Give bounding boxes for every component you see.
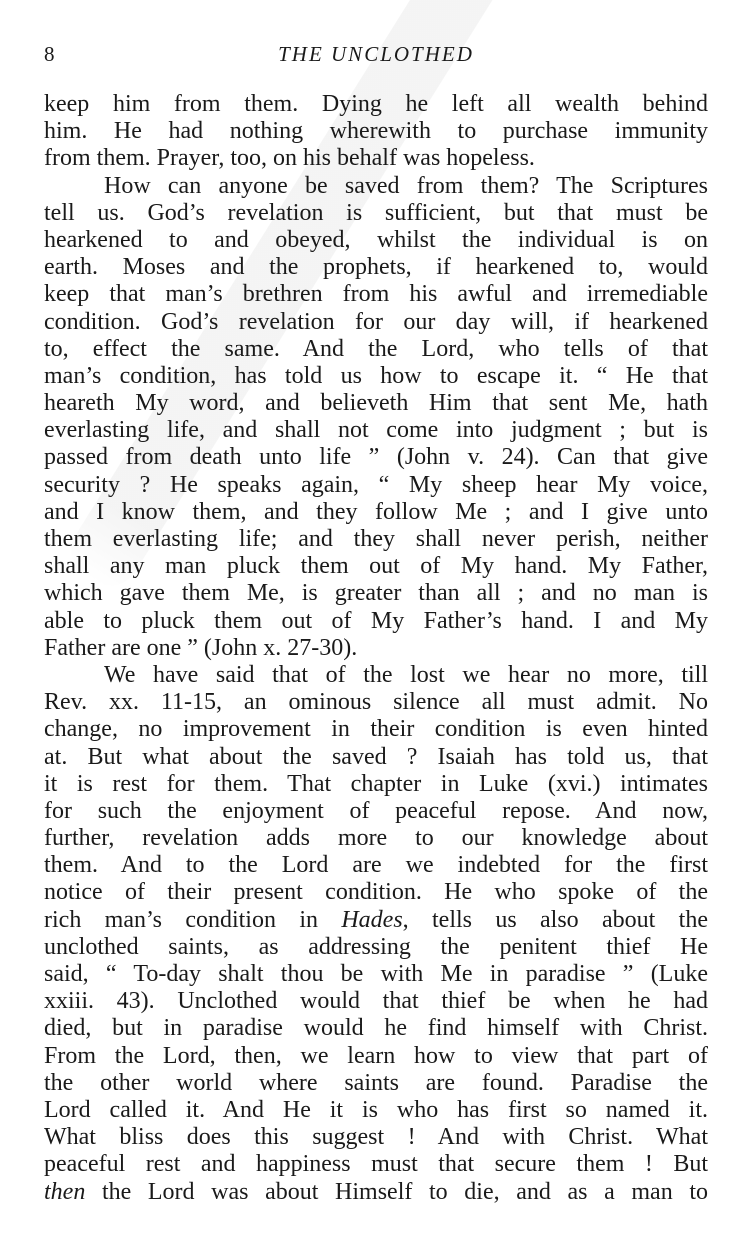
text-line: died, but in paradise would he find hims… [44,1015,708,1042]
text-line: said, “ To-day shalt thou be with Me in … [44,961,708,988]
text-line: them. And to the Lord are we indebted fo… [44,852,708,879]
text-line: them everlasting life; and they shall ne… [44,526,708,553]
text-line: How can anyone be saved from them? The S… [44,173,708,200]
book-page: 8 THE UNCLOTHED keep him from them. Dyin… [44,0,708,1206]
text-line: keep him from them. Dying he left all we… [44,91,708,118]
running-title: THE UNCLOTHED [44,40,708,68]
body-text: keep him from them. Dying he left all we… [44,91,708,1206]
text-line: him. He had nothing wherewith to purchas… [44,118,708,145]
text-line: heareth My word, and believeth Him that … [44,390,708,417]
text-line: Father are one ” (John x. 27-30). [44,635,708,662]
text-line: Rev. xx. 11-15, an ominous silence all m… [44,689,708,716]
text-line: everlasting life, and shall not come int… [44,417,708,444]
text-line: man’s condition, has told us how to esca… [44,363,708,390]
text-line: hearkened to and obeyed, whilst the indi… [44,227,708,254]
text-line: passed from death unto life ” (John v. 2… [44,444,708,471]
running-head: 8 THE UNCLOTHED [44,40,708,68]
text-line: Lord called it. And He it is who has fir… [44,1097,708,1124]
text-line: xxiii. 43). Unclothed would that thief b… [44,988,708,1015]
text-line: for such the enjoyment of peaceful repos… [44,798,708,825]
text-line: the other world where saints are found. … [44,1070,708,1097]
text-line: rich man’s condition in Hades, tells us … [44,907,708,934]
text-line: and I know them, and they follow Me ; an… [44,499,708,526]
text-segment: , tells us also about the [403,907,708,933]
text-line: From the Lord, then, we learn how to vie… [44,1043,708,1070]
text-line: earth. Moses and the prophets, if hearke… [44,254,708,281]
text-line: condition. God’s revelation for our day … [44,309,708,336]
text-line: notice of their present condition. He wh… [44,879,708,906]
text-line: from them. Prayer, too, on his behalf wa… [44,145,708,172]
text-line: unclothed saints, as addressing the peni… [44,934,708,961]
text-line: further, revelation adds more to our kno… [44,825,708,852]
text-line: then the Lord was about Himself to die, … [44,1179,708,1206]
text-line: tell us. God’s revelation is sufficient,… [44,200,708,227]
text-line: to, effect the same. And the Lord, who t… [44,336,708,363]
text-line: shall any man pluck them out of My hand.… [44,553,708,580]
text-line: able to pluck them out of My Father’s ha… [44,608,708,635]
text-line: at. But what about the saved ? Isaiah ha… [44,744,708,771]
italic-term: then [44,1179,85,1205]
text-line: which gave them Me, is greater than all … [44,580,708,607]
text-line: keep that man’s brethren from his awful … [44,281,708,308]
text-line: What bliss does this suggest ! And with … [44,1124,708,1151]
text-line: security ? He speaks again, “ My sheep h… [44,472,708,499]
text-segment: the Lord was about Himself to die, and a… [85,1179,708,1205]
text-line: peaceful rest and happiness must that se… [44,1151,708,1178]
text-line: change, no improvement in their conditio… [44,716,708,743]
text-segment: rich man’s condition in [44,907,341,933]
text-line: it is rest for them. That chapter in Luk… [44,771,708,798]
text-line: We have said that of the lost we hear no… [44,662,708,689]
italic-term: Hades [341,907,402,933]
